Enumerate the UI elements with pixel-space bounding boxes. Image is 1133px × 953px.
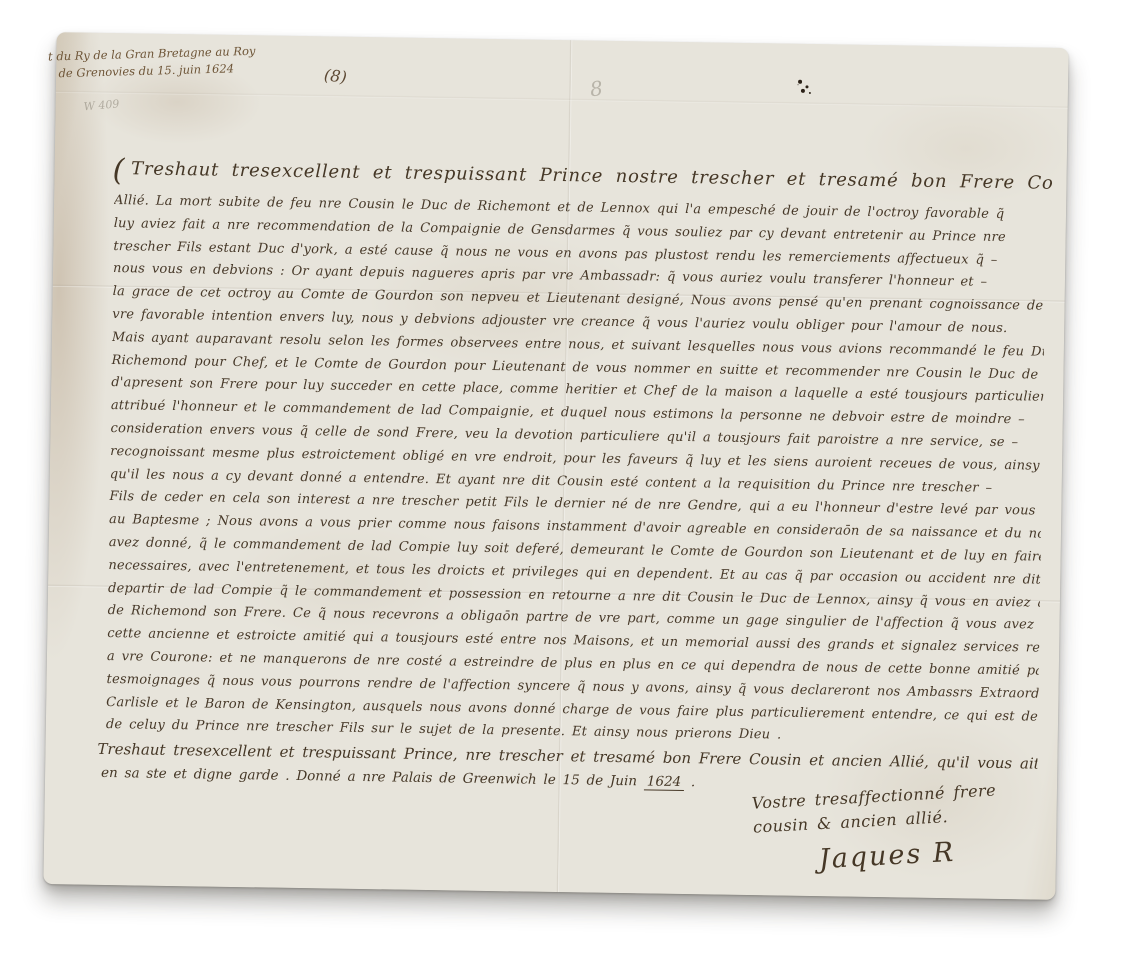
- document-paper: t du Ry de la Gran Bretagne au Roy de Gr…: [43, 32, 1068, 900]
- pencil-code: W 409: [83, 97, 120, 113]
- royal-signature: Jaques R: [818, 834, 1000, 875]
- letter-body: Allié. La mort subite de feu nre Cousin …: [106, 190, 1046, 752]
- ink-speck: [798, 80, 802, 84]
- opening-flourish: (: [112, 153, 125, 188]
- signature-block: Vostre tresaffectionné frere cousin & an…: [752, 779, 1001, 879]
- year-underlined: 1624: [644, 773, 685, 791]
- date-line-period: .: [684, 774, 695, 790]
- date-line-text: en sa ste et digne garde . Donné a nre P…: [101, 765, 644, 790]
- photograph-background: t du Ry de la Gran Bretagne au Roy de Gr…: [0, 0, 1133, 953]
- pencil-number: 8: [588, 76, 604, 101]
- page-number-mark: (8): [323, 65, 348, 87]
- archival-note: t du Ry de la Gran Bretagne au Roy de Gr…: [48, 43, 256, 83]
- salutation-text: Treshaut tresexcellent et trespuissant P…: [131, 158, 1053, 196]
- horizontal-fold-crease: [56, 90, 1068, 109]
